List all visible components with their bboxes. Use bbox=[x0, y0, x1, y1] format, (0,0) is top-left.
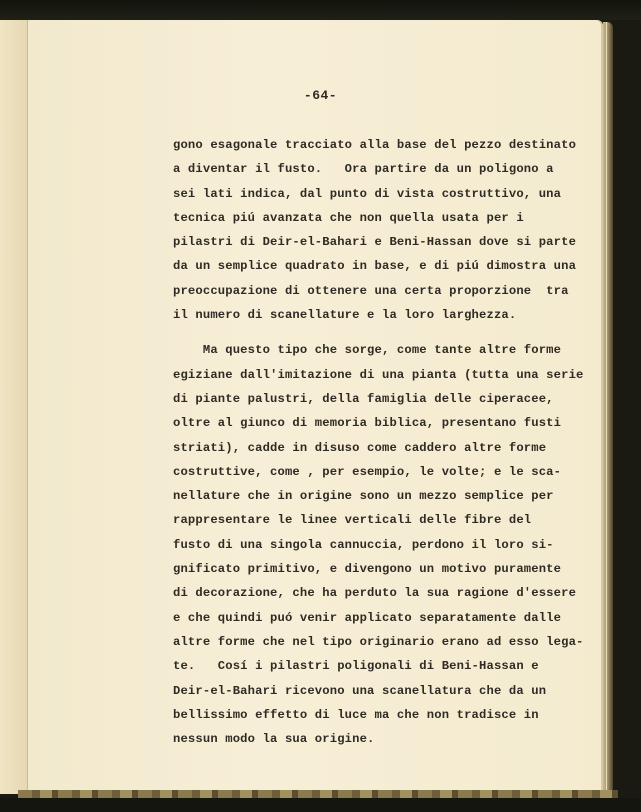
book-cover-edge bbox=[18, 790, 618, 798]
scan-top-edge bbox=[0, 0, 641, 20]
text-line: bellissimo effetto di luce ma che non tr… bbox=[173, 703, 603, 727]
text-line: egiziane dall'imitazione di una pianta (… bbox=[173, 363, 603, 387]
text-line: nellature che in origine sono un mezzo s… bbox=[173, 484, 603, 508]
text-line: pilastri di Deir-el-Bahari e Beni-Hassan… bbox=[173, 230, 603, 254]
text-line: gono esagonale tracciato alla base del p… bbox=[173, 133, 603, 157]
text-line: e che quindi puó venir applicato separat… bbox=[173, 606, 603, 630]
text-line: rappresentare le linee verticali delle f… bbox=[173, 508, 603, 532]
text-line: a diventar il fusto. Ora partire da un p… bbox=[173, 157, 603, 181]
text-line: costruttive, come , per esempio, le volt… bbox=[173, 460, 603, 484]
paragraph-2: Ma questo tipo che sorge, come tante alt… bbox=[173, 338, 603, 751]
text-line: preoccupazione di ottenere una certa pro… bbox=[173, 279, 603, 303]
text-line: gnificato primitivo, e divengono un moti… bbox=[173, 557, 603, 581]
paragraph-gap bbox=[173, 327, 603, 338]
text-line: da un semplice quadrato in base, e di pi… bbox=[173, 254, 603, 278]
facing-page-edge bbox=[0, 20, 28, 794]
text-line: striati), cadde in disuso come caddero a… bbox=[173, 436, 603, 460]
text-line: il numero di scanellature e la loro larg… bbox=[173, 303, 603, 327]
text-line: di piante palustri, della famiglia delle… bbox=[173, 387, 603, 411]
scan-bottom-edge bbox=[0, 798, 641, 812]
body-text: gono esagonale tracciato alla base del p… bbox=[173, 133, 603, 751]
text-line: te. Cosí i pilastri poligonali di Beni-H… bbox=[173, 654, 603, 678]
text-line: nessun modo la sua origine. bbox=[173, 727, 603, 751]
text-line: tecnica piú avanzata che non quella usat… bbox=[173, 206, 603, 230]
text-line: oltre al giunco di memoria biblica, pres… bbox=[173, 411, 603, 435]
text-line: fusto di una singola cannuccia, perdono … bbox=[173, 533, 603, 557]
page-stack-edge bbox=[603, 22, 613, 790]
text-line: Ma questo tipo che sorge, come tante alt… bbox=[173, 338, 603, 362]
text-line: sei lati indica, dal punto di vista cost… bbox=[173, 182, 603, 206]
paragraph-1: gono esagonale tracciato alla base del p… bbox=[173, 133, 603, 327]
text-line: Deir-el-Bahari ricevono una scanellatura… bbox=[173, 679, 603, 703]
text-line: altre forme che nel tipo originario eran… bbox=[173, 630, 603, 654]
page-number: -64- bbox=[0, 88, 641, 103]
text-line: di decorazione, che ha perduto la sua ra… bbox=[173, 581, 603, 605]
